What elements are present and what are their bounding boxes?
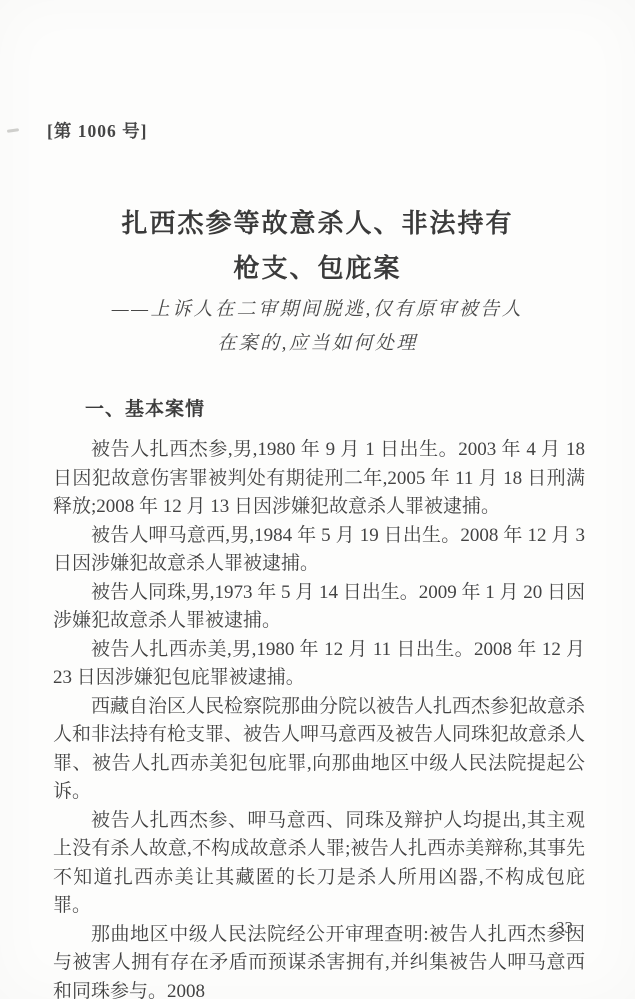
body-paragraph: 被告人扎西杰参、呷马意西、同珠及辩护人均提出,其主观上没有杀人故意,不构成故意杀… — [53, 807, 585, 921]
case-title: 扎西杰参等故意杀人、非法持有 枪支、包庇案 — [0, 201, 635, 291]
case-subtitle-line-2: 在案的,应当如何处理 — [0, 327, 635, 361]
body-paragraph: 西藏自治区人民检察院那曲分院以被告人扎西杰参犯故意杀人和非法持有枪支罪、被告人呷… — [53, 693, 585, 807]
case-title-line-1: 扎西杰参等故意杀人、非法持有 — [0, 201, 635, 246]
body-text: 被告人扎西杰参,男,1980 年 9 月 1 日出生。2003 年 4 月 18… — [53, 436, 585, 999]
body-paragraph: 被告人同珠,男,1973 年 5 月 14 日出生。2009 年 1 月 20 … — [53, 579, 585, 636]
case-subtitle: ——上诉人在二审期间脱逃,仅有原审被告人 在案的,应当如何处理 — [0, 293, 635, 361]
case-subtitle-line-1: ——上诉人在二审期间脱逃,仅有原审被告人 — [0, 293, 635, 327]
page-number: 33 — [556, 918, 573, 938]
body-paragraph: 被告人扎西杰参,男,1980 年 9 月 1 日出生。2003 年 4 月 18… — [53, 436, 585, 522]
book-page: [第 1006 号] 扎西杰参等故意杀人、非法持有 枪支、包庇案 ——上诉人在二… — [0, 0, 635, 999]
body-paragraph: 那曲地区中级人民法院经公开审理查明:被告人扎西杰参因与被害人拥有存在矛盾而预谋杀… — [53, 921, 585, 999]
scan-artifact — [7, 128, 19, 133]
case-number: [第 1006 号] — [47, 118, 147, 143]
case-title-line-2: 枪支、包庇案 — [0, 246, 635, 291]
section-heading-basic-facts: 一、基本案情 — [85, 394, 205, 421]
body-paragraph: 被告人扎西赤美,男,1980 年 12 月 11 日出生。2008 年 12 月… — [53, 636, 585, 693]
body-paragraph: 被告人呷马意西,男,1984 年 5 月 19 日出生。2008 年 12 月 … — [53, 522, 585, 579]
